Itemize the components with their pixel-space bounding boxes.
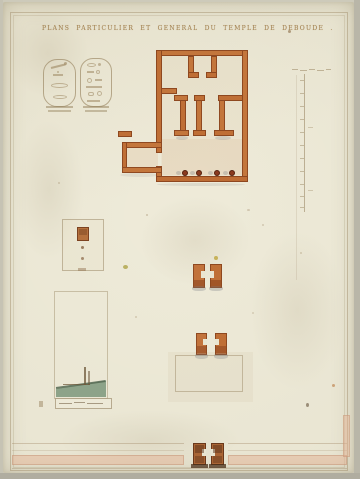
gate2-right-notch (215, 339, 219, 345)
hieroglyph-mark (57, 71, 59, 73)
scale-caption-dash (309, 69, 315, 70)
hall-wall-b (196, 100, 202, 134)
general-plan-temple-shade (79, 229, 87, 235)
gate2-enclosure-outline (175, 355, 243, 392)
temple-wall-left-upper (156, 50, 162, 153)
column-dot (196, 170, 202, 176)
gate2-left-base (195, 353, 208, 359)
gate1-left-notch (201, 271, 205, 278)
paper-speck (300, 252, 302, 254)
scale-caption-dash (317, 70, 324, 71)
enclosure-wall-line (12, 450, 184, 451)
shadow-smudge (157, 183, 245, 186)
column-shadow (176, 171, 181, 175)
hieroglyph-mark (64, 62, 67, 65)
cross-wall-left-stub (161, 88, 177, 94)
enclosure-wall-line (12, 443, 184, 444)
column-dot (182, 170, 188, 176)
scale-caption-dash (300, 70, 307, 71)
column-shadow (190, 171, 195, 175)
hieroglyph-mark (87, 78, 92, 83)
scale-tick (300, 132, 304, 133)
general-plan-dot (81, 257, 84, 260)
shadow-smudge (176, 136, 188, 140)
enclosure-wall-band (12, 455, 184, 465)
annex-wall-bottom (122, 167, 162, 173)
hieroglyph-mark (98, 63, 101, 66)
enclosure-wall-line (228, 450, 347, 451)
paper-crease (296, 75, 297, 280)
paper-speck (252, 312, 254, 314)
column-dot (229, 170, 235, 176)
drawing-layer (0, 0, 360, 479)
paper-speck (262, 224, 264, 226)
title-end-mark (288, 30, 291, 33)
sketch-spike (84, 367, 86, 385)
shadow-smudge (120, 173, 160, 177)
gate1-right-base (209, 286, 223, 291)
scale-tick (300, 106, 304, 107)
annex-interior-wash (127, 148, 158, 167)
gate2-left-notch (203, 339, 207, 345)
paper-speck (58, 182, 60, 184)
scale-label-mark (308, 190, 313, 191)
cartouche-right-base (85, 110, 107, 112)
gate2-left-shade (197, 346, 206, 353)
column-dot (214, 170, 220, 176)
gate2-right-shade (216, 346, 226, 353)
scale-tick (300, 171, 304, 172)
general-plan-gate-tick (78, 268, 86, 271)
hall-wall-a (180, 100, 186, 134)
hall-wall-b-foot (193, 130, 206, 136)
paper-speck (332, 384, 335, 387)
paper-speck (135, 316, 137, 318)
shadow-smudge (215, 136, 231, 140)
scale-tick (300, 196, 304, 197)
scanned-sheet: PLANS PARTICULIER ET GENERAL DU TEMPLE D… (0, 0, 360, 479)
gate1-right-notch (210, 271, 214, 278)
scale-tick (300, 119, 304, 120)
paper-speck (306, 403, 309, 407)
scale-tick (300, 145, 304, 146)
hieroglyph-mark (51, 83, 68, 88)
gate3-left-base (191, 464, 208, 468)
hieroglyph-mark (95, 79, 102, 81)
scale-label-mark (308, 127, 313, 128)
scale-tick (300, 80, 304, 81)
hieroglyph-mark (87, 71, 94, 73)
hall-wall-c (219, 100, 225, 134)
hieroglyph-mark (96, 70, 100, 74)
hieroglyph-mark (87, 100, 100, 102)
gate1-left-base (192, 286, 206, 291)
temple-wall-right (242, 50, 248, 182)
annex-wall-top (122, 142, 162, 148)
scale-caption-dash (292, 69, 298, 70)
cartouche-left-base (46, 106, 73, 108)
temple-wall-bottom (156, 176, 248, 182)
yellow-speck (214, 256, 218, 260)
hieroglyph-mark (86, 86, 102, 88)
gate3-right-base (209, 464, 226, 468)
margin-mark (39, 401, 43, 407)
sanctuary-jamb-left (188, 72, 199, 78)
gate3-left-shade (195, 456, 204, 463)
enclosure-wall-line (228, 443, 347, 444)
olive-speck (123, 265, 128, 269)
enclosure-wall-line (12, 468, 347, 469)
column-shadow (223, 171, 228, 175)
hall-wall-a-foot (174, 130, 189, 136)
enclosure-wall-band (228, 455, 347, 465)
scale-tick (300, 184, 304, 185)
hall-wall-c-foot (214, 130, 234, 136)
cartouche-left-base (48, 110, 71, 112)
enclosure-wall-vertical (343, 415, 350, 457)
caption-script (87, 403, 103, 404)
gate3-right-shade (213, 456, 222, 463)
sketch-spike (88, 371, 90, 385)
scale-caption-dash (326, 69, 331, 70)
gate3-right-shade (213, 445, 222, 453)
cartouche-right-base (83, 106, 109, 108)
general-plan-dot (81, 246, 84, 249)
scale-tick (300, 207, 304, 208)
scale-tick (300, 158, 304, 159)
hieroglyph-mark (87, 63, 96, 67)
west-wall-stub (118, 131, 132, 137)
column-shadow (208, 171, 213, 175)
gate3-left-shade (195, 445, 204, 453)
sanctuary-jamb-right (206, 72, 217, 78)
hieroglyph-mark (53, 74, 63, 76)
hieroglyph-mark (53, 95, 67, 99)
scale-tick (300, 93, 304, 94)
caption-script (74, 402, 85, 403)
temple-wall-top (156, 50, 248, 56)
paper-speck (247, 209, 250, 211)
caption-script (59, 403, 72, 404)
hieroglyph-mark (97, 91, 102, 96)
gate2-right-base (214, 353, 228, 359)
hieroglyph-mark (88, 92, 94, 96)
scale-bar-line (304, 74, 305, 212)
paper-speck (146, 214, 148, 216)
